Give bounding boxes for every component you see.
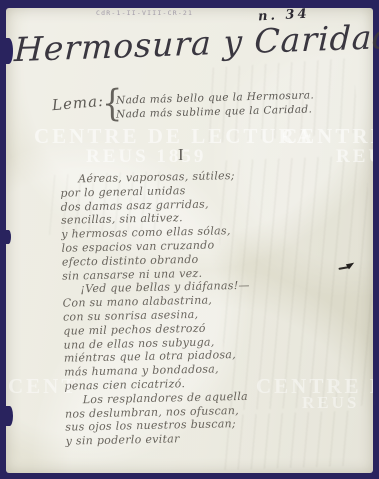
watermark-text: REUS bbox=[336, 146, 373, 168]
section-numeral: I bbox=[178, 145, 184, 165]
paper-edge-notch bbox=[6, 38, 13, 64]
archive-reference-pencil: CdR-1-II-VIII-CR-21 bbox=[96, 9, 193, 17]
poem-body: Aéreas, vaporosas, sútiles; por lo gener… bbox=[6, 166, 372, 449]
lema-line: Nada más sublime que la Caridad. bbox=[116, 103, 313, 120]
manuscript-paper: CdR-1-II-VIII-CR-21 n. 34 Hermosura y Ca… bbox=[6, 8, 373, 473]
paper-edge-notch bbox=[6, 406, 13, 426]
lema-label: Lema: bbox=[51, 92, 104, 114]
scanned-manuscript-page: { "document": { "archive_ref": "CdR-1-II… bbox=[0, 0, 379, 479]
archive-watermark-upper: CENTRE DE LECTURA CENTRE D REUS 1859 REU… bbox=[6, 124, 373, 172]
lema-block: Lema: { Nada más bello que la Hermosura.… bbox=[52, 86, 352, 130]
page-title: Hermosura y Caridad. bbox=[13, 18, 366, 69]
pen-flick-head bbox=[346, 260, 356, 269]
paper-edge-notch bbox=[6, 230, 11, 244]
watermark-text: REUS 1859 bbox=[86, 146, 206, 168]
